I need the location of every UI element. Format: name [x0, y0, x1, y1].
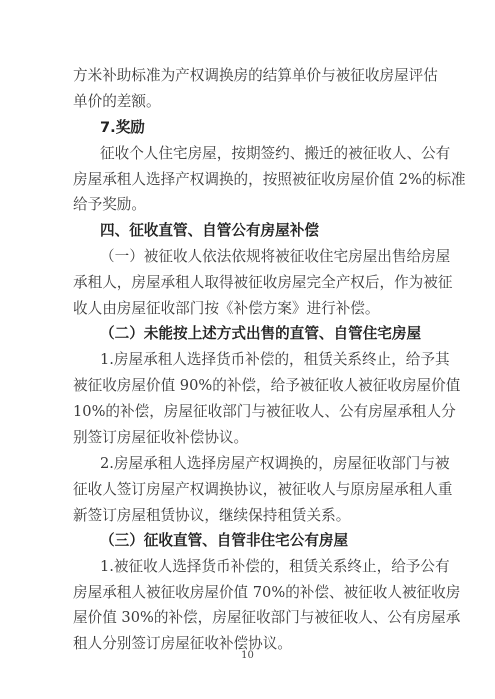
- body-text-line: 屋价值 30%的补偿，房屋征收部门与被征收人、公有房屋承: [73, 608, 416, 628]
- body-text-line: 房屋承租人选择产权调换的，按照被征收房屋价值 2%的标准: [73, 170, 416, 190]
- body-text-line: （一）被征收人依法依规将被征收住宅房屋出售给房屋: [100, 247, 416, 267]
- body-text-line: 承租人，房屋承租人取得被征收房屋完全产权后，作为被征: [73, 273, 416, 293]
- page-number: 10: [0, 650, 495, 661]
- body-text-line: 10%的补偿，房屋征收部门与被征收人、公有房屋承租人分: [73, 402, 416, 422]
- subsection-heading-2: （二）未能按上述方式出售的直管、自管住宅房屋: [100, 324, 416, 344]
- section-heading-reward: 7.奖励: [100, 118, 416, 138]
- body-text-line: 别签订房屋征收补偿协议。: [73, 428, 416, 448]
- subsection-heading-3: （三）征收直管、自管非住宅公有房屋: [100, 531, 416, 551]
- body-text-line: 单价的差额。: [73, 92, 416, 112]
- body-text-line: 房屋承租人被征收房屋价值 70%的补偿、被征收人被征收房: [73, 583, 416, 603]
- body-text-line: 2.房屋承租人选择房屋产权调换的，房屋征收部门与被: [100, 454, 416, 474]
- section-heading-4: 四、征收直管、自管公有房屋补偿: [100, 221, 416, 241]
- body-text-line: 1.被征收人选择货币补偿的，租赁关系终止，给予公有: [100, 557, 416, 577]
- body-text-line: 征收人签订房屋产权调换协议，被征收人与原房屋承租人重: [73, 480, 416, 500]
- body-text-line: 1.房屋承租人选择货币补偿的，租赁关系终止，给予其: [100, 350, 416, 370]
- body-text-line: 被征收房屋价值 90%的补偿，给予被征收人被征收房屋价值: [73, 376, 416, 396]
- body-text-line: 征收个人住宅房屋，按期签约、搬迁的被征收人、公有: [100, 144, 416, 164]
- body-text-line: 收人由房屋征收部门按《补偿方案》进行补偿。: [73, 299, 416, 319]
- body-text-line: 给予奖励。: [73, 195, 416, 215]
- body-text-line: 新签订房屋租赁协议，继续保持租赁关系。: [73, 506, 416, 526]
- document-page: 方米补助标准为产权调换房的结算单价与被征收房屋评估 单价的差额。 7.奖励 征收…: [0, 0, 495, 699]
- body-text-line: 方米补助标准为产权调换房的结算单价与被征收房屋评估: [73, 66, 416, 86]
